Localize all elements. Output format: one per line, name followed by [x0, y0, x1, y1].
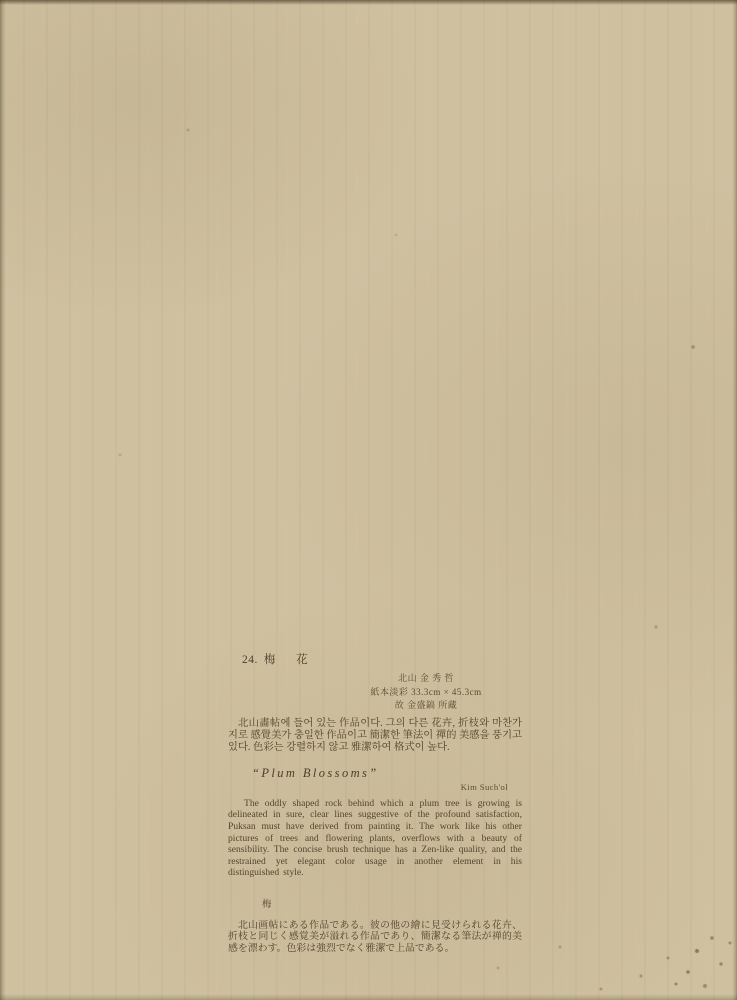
japanese-title: 梅 — [228, 896, 522, 910]
title-hanja: 梅 花 — [264, 654, 308, 666]
artist-byline-romanized: Kim Such'ol — [228, 782, 522, 792]
catalog-entry: 24.梅 花 北山 金 秀 哲 紙本淡彩 33.3cm × 45.3cm 故 金… — [228, 651, 522, 954]
collection-credit: 故 金盛鎬 所藏 — [338, 699, 514, 713]
japanese-description: 北山画帖にある作品である。彼の他の繪に見受けられる花卉、折枝と同じく感覚美が溢れ… — [228, 920, 522, 954]
artist-name-hanja: 北山 金 秀 哲 — [338, 672, 514, 686]
entry-title-row: 24.梅 花 — [228, 651, 522, 667]
korean-description: 北山畵帖에 들어 있는 作品이다. 그의 다른 花卉, 折枝와 마찬가지로 感覺… — [228, 718, 522, 755]
scanned-catalog-page: 24.梅 花 北山 金 秀 哲 紙本淡彩 33.3cm × 45.3cm 故 金… — [0, 0, 737, 1000]
credits-block: 北山 金 秀 哲 紙本淡彩 33.3cm × 45.3cm 故 金盛鎬 所藏 — [338, 672, 514, 713]
catalog-number: 24. — [242, 654, 258, 666]
english-title: “Plum Blossoms” — [228, 766, 522, 781]
medium-and-size: 紙本淡彩 33.3cm × 45.3cm — [338, 686, 514, 700]
english-description: The oddly shaped rock behind which a plu… — [228, 798, 522, 879]
